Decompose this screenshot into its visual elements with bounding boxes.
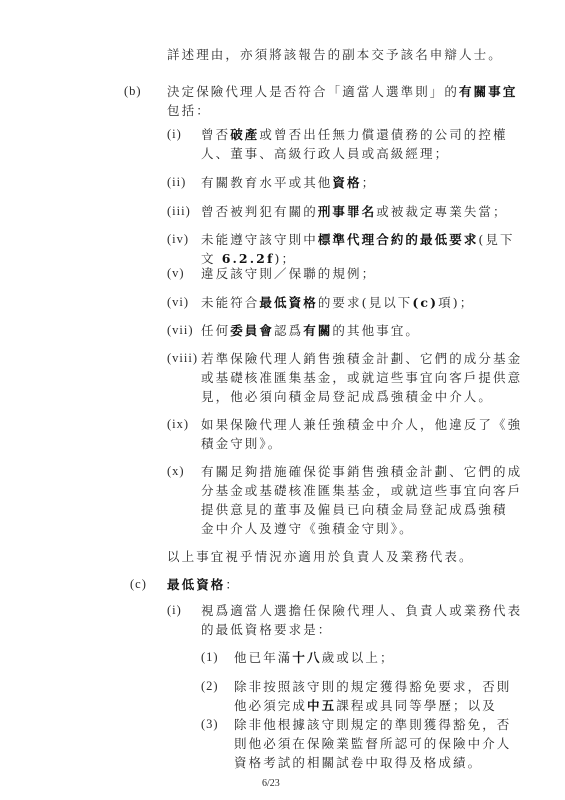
item-ix-line1: 如果保險代理人兼任強積金中介人，他違反了《強 xyxy=(201,414,522,435)
text: 或被裁定專業失當； xyxy=(376,204,507,219)
text: 他必須完成 xyxy=(234,698,307,713)
item-iv-label: (iv) xyxy=(167,229,189,250)
sub-3-line3: 資格考試的相關試卷中取得及格成績。 xyxy=(234,752,482,773)
c-item-i-line1: 視爲適當人選擔任保險代理人、負責人或業務代表 xyxy=(201,600,522,621)
item-x-line3: 提供意見的董事及僱員已向積金局登記成爲強積 xyxy=(201,499,508,520)
item-x-label: (x) xyxy=(167,461,185,482)
sub-2-line2: 他必須完成中五課程或具同等學歷；以及 xyxy=(234,695,497,716)
text: 未能遵守該守則中 xyxy=(201,232,318,247)
section-c-heading: 最低資格： xyxy=(167,574,240,595)
sub-3-line1: 除非他根據該守則規定的準則獲得豁免，否 xyxy=(234,714,511,735)
sub-1-label: (1) xyxy=(201,647,219,668)
item-x-line2: 分基金或基礎核准匯集基金，或就這些事宜向客戶 xyxy=(201,480,522,501)
item-iv-line1: 未能遵守該守則中標準代理合約的最低要求(見下 xyxy=(201,229,515,250)
section-b-label: (b) xyxy=(124,81,142,102)
text: ： xyxy=(225,577,240,592)
text: 有關教育水平或其他 xyxy=(201,175,332,190)
sub-1-text: 他已年滿十八歲或以上； xyxy=(234,647,395,668)
item-v-text: 違反該守則／保聯的規例； xyxy=(201,263,376,284)
text: 項)； xyxy=(438,295,474,310)
heading-bold: 最低資格 xyxy=(167,577,225,592)
section-b-footer-note: 以上事宜視乎情況亦適用於負責人及業務代表。 xyxy=(167,546,474,567)
bold-text: 有關 xyxy=(303,323,332,338)
item-ii-label: (ii) xyxy=(167,172,186,193)
c-item-i-label: (i) xyxy=(167,600,182,621)
sub-2-label: (2) xyxy=(201,676,219,697)
bold-text: 最低資格 xyxy=(259,295,317,310)
item-vi-label: (vi) xyxy=(167,292,189,313)
text: 曾否被判犯有關的 xyxy=(201,204,318,219)
item-vii-label: (vii) xyxy=(167,320,194,341)
text: 或曾否出任無力償還債務的公司的控權 xyxy=(259,127,507,142)
item-x-line4: 金中介人及遵守《強積金守則》。 xyxy=(201,518,414,539)
item-vii-text: 任何委員會認爲有關的其他事宜。 xyxy=(201,320,420,341)
text: 歲或以上； xyxy=(322,650,395,665)
heading-text: 決定保險代理人是否符合「適當人選準則」的 xyxy=(167,84,459,99)
item-ix-label: (ix) xyxy=(167,414,189,435)
item-v-label: (v) xyxy=(167,263,185,284)
heading-bold: 有關事宜 xyxy=(459,84,517,99)
text: 的其他事宜。 xyxy=(332,323,420,338)
item-i-line1: 曾否破產或曾否出任無力償還債務的公司的控權 xyxy=(201,124,508,145)
section-c-label: (c) xyxy=(130,574,147,595)
bold-text: 資格 xyxy=(332,175,361,190)
item-viii-label: (viii) xyxy=(167,348,198,369)
intro-line: 詳述理由，亦須將該報告的副本交予該名申辯人士。 xyxy=(167,44,503,65)
item-viii-line2: 或基礎核准匯集基金，或就這些事宜向客戶提供意 xyxy=(201,367,522,388)
section-b-heading-line2: 包括： xyxy=(167,100,211,121)
bold-text: 破產 xyxy=(230,127,259,142)
text: 的要求(見以下 xyxy=(318,295,413,310)
sub-3-line2: 則他必須在保險業監督所認可的保險中介人 xyxy=(234,733,511,754)
text: 課程或具同等學歷；以及 xyxy=(336,698,497,713)
sub-2-line1: 除非按照該守則的規定獲得豁免要求，否則 xyxy=(234,676,511,697)
item-ix-line2: 積金守則》。 xyxy=(201,433,282,454)
page-number: 6/23 xyxy=(262,778,280,789)
text: 未能符合 xyxy=(201,295,259,310)
text: (見下 xyxy=(478,232,514,247)
text: 任何 xyxy=(201,323,230,338)
item-x-line1: 有關足夠措施確保從事銷售強積金計劃、它們的成 xyxy=(201,461,522,482)
item-viii-line1: 若準保險代理人銷售強積金計劃、它們的成分基金 xyxy=(201,348,522,369)
item-iii-label: (iii) xyxy=(167,201,191,222)
bold-text: 刑事罪名 xyxy=(318,204,376,219)
bold-text: 十八 xyxy=(292,650,321,665)
text: 曾否 xyxy=(201,127,230,142)
c-item-i-line2: 的最低資格要求是： xyxy=(201,619,332,640)
item-viii-line3: 見，他必須向積金局登記成爲強積金中介人。 xyxy=(201,386,493,407)
bold-text: 委員會 xyxy=(230,323,274,338)
item-iii-text: 曾否被判犯有關的刑事罪名或被裁定專業失當； xyxy=(201,201,508,222)
item-ii-text: 有關教育水平或其他資格； xyxy=(201,172,376,193)
item-vi-text: 未能符合最低資格的要求(見以下(c)項)； xyxy=(201,292,474,313)
section-b-heading: 決定保險代理人是否符合「適當人選準則」的有關事宜 xyxy=(167,81,517,102)
bold-text: (c) xyxy=(412,295,438,310)
bold-text: 中五 xyxy=(307,698,336,713)
item-i-line2: 人、董事、高級行政人員或高級經理； xyxy=(201,143,449,164)
item-i-label: (i) xyxy=(167,124,182,145)
text: 認爲 xyxy=(274,323,303,338)
text: ； xyxy=(362,175,377,190)
text: 他已年滿 xyxy=(234,650,292,665)
sub-3-label: (3) xyxy=(201,714,219,735)
bold-text: 標準代理合約的最低要求 xyxy=(318,232,479,247)
